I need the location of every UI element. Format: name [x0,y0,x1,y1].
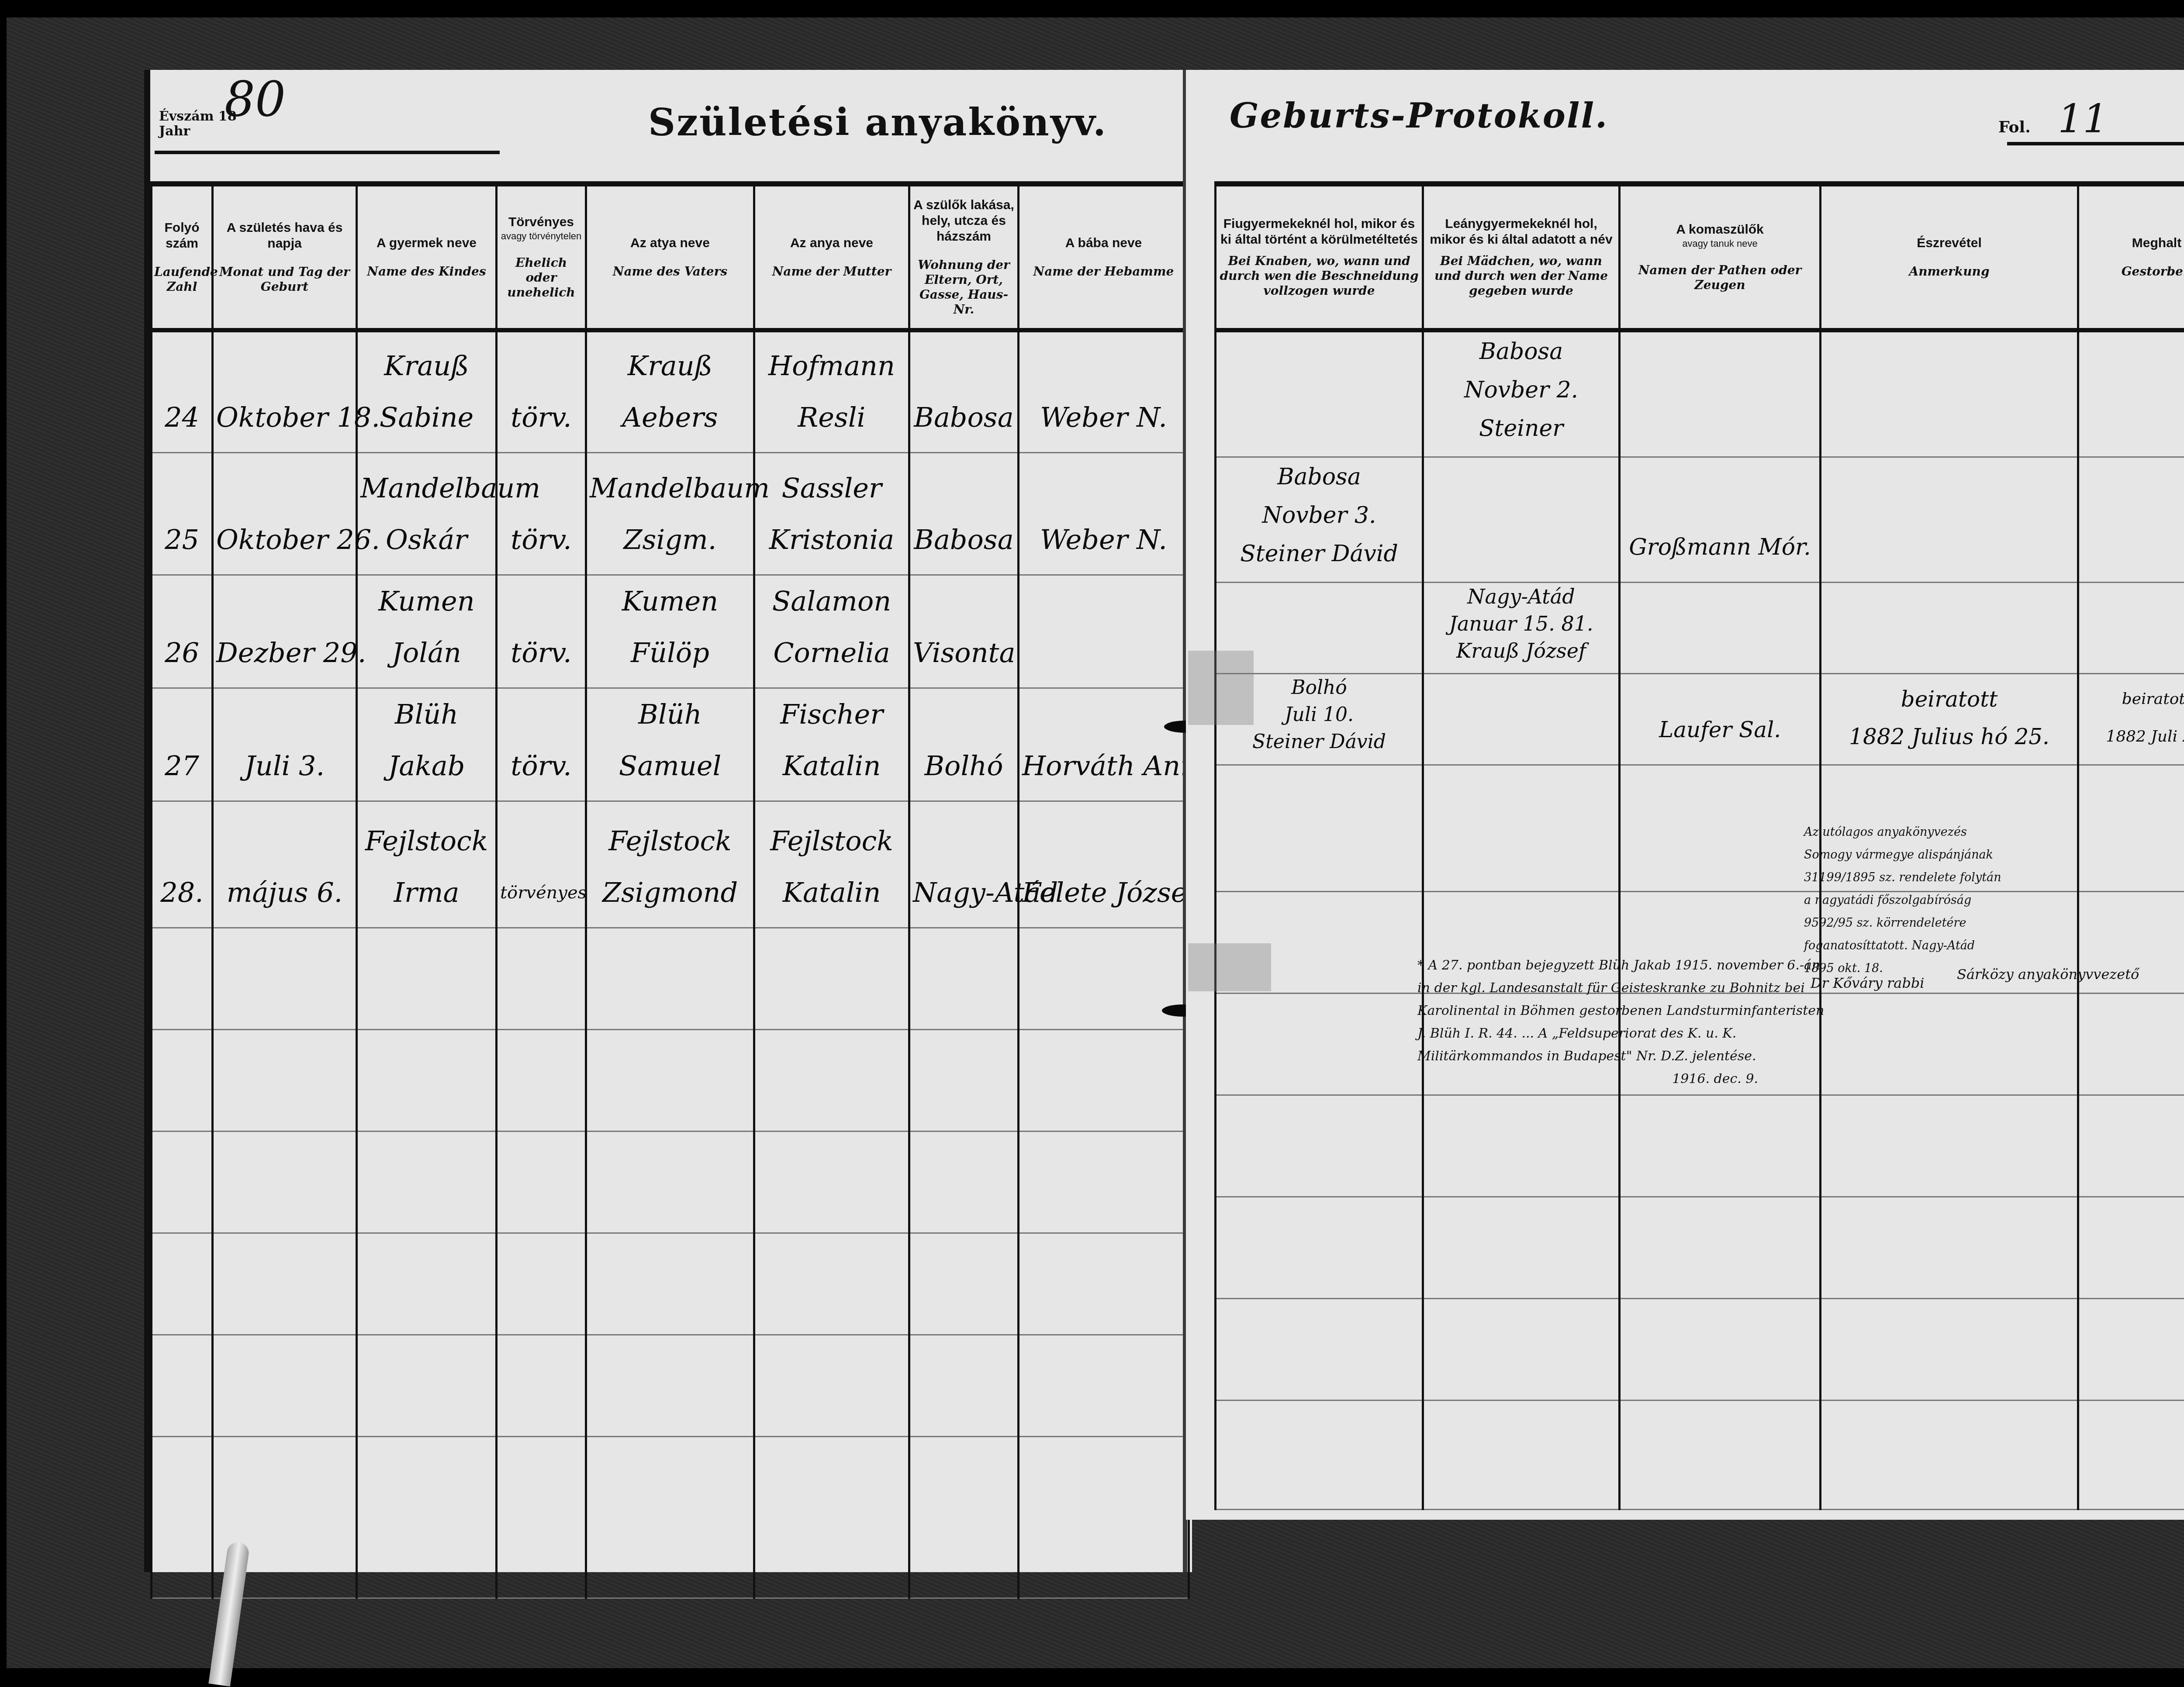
col-header-child-name: A gyermek neveName des Kindes [357,184,497,330]
table-row: Nagy-AtádJanuar 15. 81.Krauß József [1216,583,2184,674]
entry-child: BlühJakab [357,688,497,801]
entry-died [2078,330,2184,457]
entry-date: Oktober 26. [213,452,357,575]
table-row: 24 Oktober 18. KraußSabine törv. KraußAe… [152,330,1189,452]
year-underline [155,151,500,154]
entry-child: FejlstockIrma [357,801,497,928]
entry-residence: Visonta [909,575,1019,688]
entry-mother: FejlstockKatalin [754,801,909,928]
entry-date: Dezber 29. [213,575,357,688]
entry-naming: Nagy-AtádJanuar 15. 81.Krauß József [1423,583,1620,674]
page-title-hu: Születési anyakönyv. [648,100,1107,145]
left-page: Évszám 18 Jahr 80 Születési anyakönyv. F… [144,70,1192,1572]
entry-father: KraußAebers [586,330,754,452]
empty-row [152,928,1189,1029]
col-header-birthdate: A születés hava és napjaMonat und Tag de… [213,184,357,330]
entry-godparents [1620,583,1821,674]
empty-row [152,1436,1189,1598]
entry-legitimacy: törv. [497,575,586,688]
empty-row [152,1233,1189,1335]
remark-28-text: Az utólagos anyakönyvezés Somogy vármegy… [1804,825,2001,975]
empty-row [152,1029,1189,1131]
entry-circumcision [1216,330,1423,457]
entry-date: május 6. [213,801,357,928]
entry-mother: HofmannResli [754,330,909,452]
entry-number: 24 [152,330,213,452]
entry-godparents [1620,330,1821,457]
entry-godparents [1620,765,1821,892]
entry-child: MandelbaumOskár [357,452,497,575]
entry-legitimacy: törvényes [497,801,586,928]
table-row: BabosaNovber 2.Steiner [1216,330,2184,457]
empty-row [152,1131,1189,1233]
entry-circumcision: BabosaNovber 3.Steiner Dávid [1216,457,1423,583]
entry-died [2078,583,2184,674]
table-row: BabosaNovber 3.Steiner Dávid Großmann Mó… [1216,457,2184,583]
col-header-mother: Az anya neveName der Mutter [754,184,909,330]
empty-row [1216,1197,2184,1299]
entry-godparents: Laufer Sal. [1620,674,1821,765]
entry-residence: Bolhó [909,688,1019,801]
year-value: 80 [225,92,286,107]
col-header-midwife: A bába neveName der Hebamme [1019,184,1189,330]
entry-number: 25 [152,452,213,575]
entry-father: KumenFülöp [586,575,754,688]
entry-residence: Babosa [909,330,1019,452]
entry-remark: beiratott1882 Julius hó 25. [1821,674,2078,765]
footnote-date: 1916. dec. 9. [1417,1068,1837,1090]
header-row: Fiugyermekeknél hol, mikor és ki által t… [1216,184,2184,330]
entry-father: BlühSamuel [586,688,754,801]
footnote-text: * A 27. pontban bejegyzett Blüh Jakab 19… [1417,958,1824,1064]
col-header-died: MeghaltGestorben [2078,184,2184,330]
year-label-de: Jahr [159,124,190,139]
footnote-entry-27: * A 27. pontban bejegyzett Blüh Jakab 19… [1417,954,1837,1090]
folio-label: Fol. [1998,118,2031,136]
col-header-naming: Leánygyermekeknél hol, mikor és ki által… [1423,184,1620,330]
page-title-de: Geburts-Protokoll. [1230,96,1608,136]
empty-row [1216,1095,2184,1197]
entry-naming [1423,674,1620,765]
table-row: 25 Oktober 26. MandelbaumOskár törv. Man… [152,452,1189,575]
entry-remark [1821,330,2078,457]
entry-midwife [1019,575,1189,688]
entry-number: 27 [152,688,213,801]
tape-patch-top [1188,651,1254,725]
col-header-residence: A szülők lakása, hely, utcza és házszámW… [909,184,1019,330]
table-row: 26 Dezber 29. KumenJolán törv. KumenFülö… [152,575,1189,688]
entry-remark [1821,583,2078,674]
entry-number: 26 [152,575,213,688]
entry-midwife: Weber N. [1019,330,1189,452]
entry-remark [1821,457,2078,583]
right-page: Geburts-Protokoll. Fol. 11 Fiugyermekekn… [1186,70,2184,1520]
entry-midwife: Felete Józsefné [1019,801,1189,928]
col-header-number: Folyó számLaufende Zahl [152,184,213,330]
year-field: Évszám 18 Jahr 80 [159,109,237,139]
entry-circumcision [1216,765,1423,892]
entry-child: KraußSabine [357,330,497,452]
signature-registrar: Sárközy anyakönyvvezető [1957,965,2139,983]
folio-value: 11 [2058,96,2108,142]
entry-legitimacy: törv. [497,330,586,452]
table-row: 28. május 6. FejlstockIrma törvényes Fej… [152,801,1189,928]
entry-mother: FischerKatalin [754,688,909,801]
entry-naming: BabosaNovber 2.Steiner [1423,330,1620,457]
table-row: BolhóJuli 10.Steiner Dávid Laufer Sal. b… [1216,674,2184,765]
register-table-right: Fiugyermekeknél hol, mikor és ki által t… [1214,181,2184,1510]
header-row: Folyó számLaufende Zahl A születés hava … [152,184,1189,330]
col-header-godparents: A komaszülőkavagy tanuk neveNamen der Pa… [1620,184,1821,330]
col-header-circumcision: Fiugyermekeknél hol, mikor és ki által t… [1216,184,1423,330]
entry-naming [1423,765,1620,892]
folio-field: Fol. 11 [1998,96,2108,142]
register-table-left: Folyó számLaufende Zahl A születés hava … [150,181,1190,1599]
entry-died [2078,457,2184,583]
entry-father: FejlstockZsigmond [586,801,754,928]
table-row [1216,765,2184,892]
folio-underline [2007,142,2184,145]
table-row: 27 Juli 3. BlühJakab törv. BlühSamuel Fi… [152,688,1189,801]
col-header-father: Az atya neveName des Vaters [586,184,754,330]
entry-mother: SasslerKristonia [754,452,909,575]
entry-date: Juli 3. [213,688,357,801]
entry-date: Oktober 18. [213,330,357,452]
tape-patch-bottom [1188,943,1271,991]
entry-number: 28. [152,801,213,928]
entry-residence: Babosa [909,452,1019,575]
empty-row [1216,1401,2184,1510]
entry-naming [1423,457,1620,583]
entry-died: beiratott1882 Juli 23. [2078,674,2184,765]
col-header-remarks: ÉszrevételAnmerkung [1821,184,2078,330]
entry-child: KumenJolán [357,575,497,688]
entry-mother: SalamonCornelia [754,575,909,688]
entry-died [2078,765,2184,892]
col-header-legitimacy: Törvényesavagy törvénytelenEhelich oder … [497,184,586,330]
entry-legitimacy: törv. [497,688,586,801]
entry-midwife: Horváth Anna [1019,688,1189,801]
entry-midwife: Weber N. [1019,452,1189,575]
entry-legitimacy: törv. [497,452,586,575]
entry-godparents: Großmann Mór. [1620,457,1821,583]
entry-residence: Nagy-Atád [909,801,1019,928]
empty-row [152,1335,1189,1436]
empty-row [1216,1299,2184,1401]
entry-father: MandelbaumZsigm. [586,452,754,575]
